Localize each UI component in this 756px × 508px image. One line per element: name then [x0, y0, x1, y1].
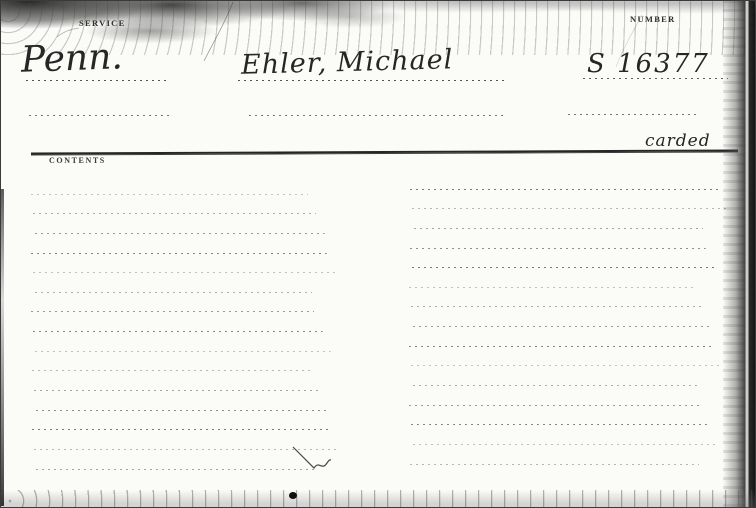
- ruled-line: [409, 288, 727, 308]
- bottom-edge-scan-smudge: [1, 490, 755, 507]
- ruled-line: [409, 209, 727, 229]
- handwritten-soldier-name: Ehler, Michael: [241, 46, 454, 79]
- ruled-line: [409, 386, 727, 406]
- ruled-line: [31, 411, 339, 431]
- ruled-line: [31, 175, 339, 195]
- ruled-line: [31, 430, 339, 450]
- ruled-line: [31, 312, 339, 332]
- contents-column-right: [409, 170, 727, 465]
- ink-blot-dot: [289, 492, 297, 499]
- service-field-underline: [26, 79, 169, 81]
- handwritten-record-number: S 16377: [587, 51, 710, 77]
- ruled-line: [31, 214, 339, 234]
- ruled-line: [409, 249, 727, 269]
- ruled-line: [409, 170, 727, 190]
- card-paper: SERVICE NUMBER CONTENTS Penn. Ehler, Mic…: [0, 0, 756, 508]
- ruled-line: [409, 268, 727, 288]
- ruled-line: [409, 229, 727, 249]
- ruled-line: [31, 450, 339, 470]
- ruled-line: [31, 254, 339, 274]
- number-field-underline: [583, 77, 728, 79]
- ruled-line: [409, 327, 727, 347]
- crease-mark: [204, 2, 233, 61]
- blank-field-underline-left: [29, 114, 169, 116]
- contents-column-left: [31, 175, 339, 470]
- ruled-line: [409, 347, 727, 367]
- contents-label: CONTENTS: [49, 157, 106, 165]
- pen-flourish-mark: [57, 28, 79, 37]
- contents-divider-rule: [31, 149, 738, 155]
- ruled-line: [409, 406, 727, 426]
- ruled-line: [31, 195, 339, 215]
- service-label: SERVICE: [79, 19, 126, 28]
- ruled-line: [31, 273, 339, 293]
- handwritten-service-state: Penn.: [20, 39, 123, 79]
- ruled-line: [31, 293, 339, 313]
- ruled-line: [409, 425, 727, 445]
- blank-field-underline-middle: [249, 114, 503, 116]
- ruled-line: [31, 371, 339, 391]
- ruled-line: [31, 332, 339, 352]
- name-field-underline: [238, 79, 504, 81]
- number-label: NUMBER: [630, 15, 676, 24]
- handwritten-carded-annotation: carded: [645, 133, 711, 150]
- left-edge-scan-streak: [1, 189, 4, 506]
- ruled-line: [31, 352, 339, 372]
- form-number-text: (1—1730): [31, 4, 68, 12]
- blank-field-underline-right: [568, 113, 696, 115]
- ruled-line: [409, 366, 727, 386]
- ruled-line: [31, 391, 339, 411]
- ruled-line: [409, 190, 727, 210]
- ruled-line: [409, 307, 727, 327]
- ruled-line: [31, 234, 339, 254]
- scanned-service-record-card: SERVICE NUMBER CONTENTS Penn. Ehler, Mic…: [0, 0, 756, 508]
- ruled-line: [409, 445, 727, 465]
